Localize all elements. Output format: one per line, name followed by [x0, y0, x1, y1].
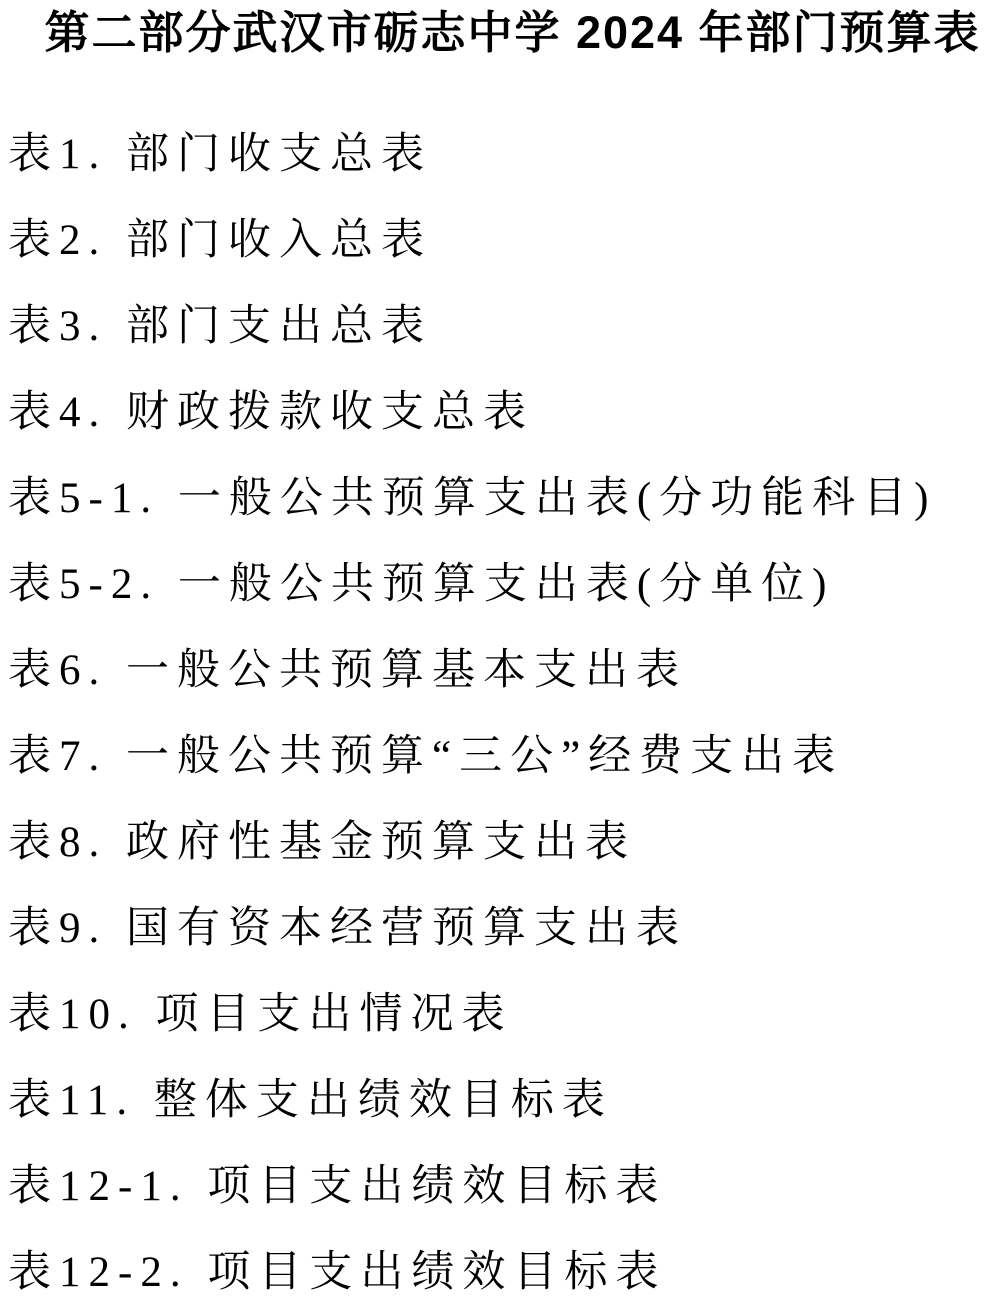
toc-item: 表4. 财政拨款收支总表 — [8, 365, 1000, 451]
toc-item: 表8. 政府性基金预算支出表 — [8, 795, 1000, 881]
toc-item: 表2. 部门收入总表 — [8, 193, 1000, 279]
toc-list: 表1. 部门收支总表 表2. 部门收入总表 表3. 部门支出总表 表4. 财政拨… — [0, 61, 1000, 1311]
toc-item: 表12-1. 项目支出绩效目标表 — [8, 1139, 1000, 1225]
toc-item: 表7. 一般公共预算“三公”经费支出表 — [8, 709, 1000, 795]
document-title: 第二部分武汉市砺志中学 2024 年部门预算表 — [0, 0, 1000, 61]
toc-item: 表1. 部门收支总表 — [8, 107, 1000, 193]
document-page: 第二部分武汉市砺志中学 2024 年部门预算表 表1. 部门收支总表 表2. 部… — [0, 0, 1000, 1315]
toc-item: 表11. 整体支出绩效目标表 — [8, 1053, 1000, 1139]
toc-item: 表3. 部门支出总表 — [8, 279, 1000, 365]
toc-item: 表10. 项目支出情况表 — [8, 967, 1000, 1053]
toc-item: 表5-1. 一般公共预算支出表(分功能科目) — [8, 451, 1000, 537]
toc-item: 表9. 国有资本经营预算支出表 — [8, 881, 1000, 967]
toc-item: 表12-2. 项目支出绩效目标表 — [8, 1225, 1000, 1311]
toc-item: 表6. 一般公共预算基本支出表 — [8, 623, 1000, 709]
toc-item: 表5-2. 一般公共预算支出表(分单位) — [8, 537, 1000, 623]
